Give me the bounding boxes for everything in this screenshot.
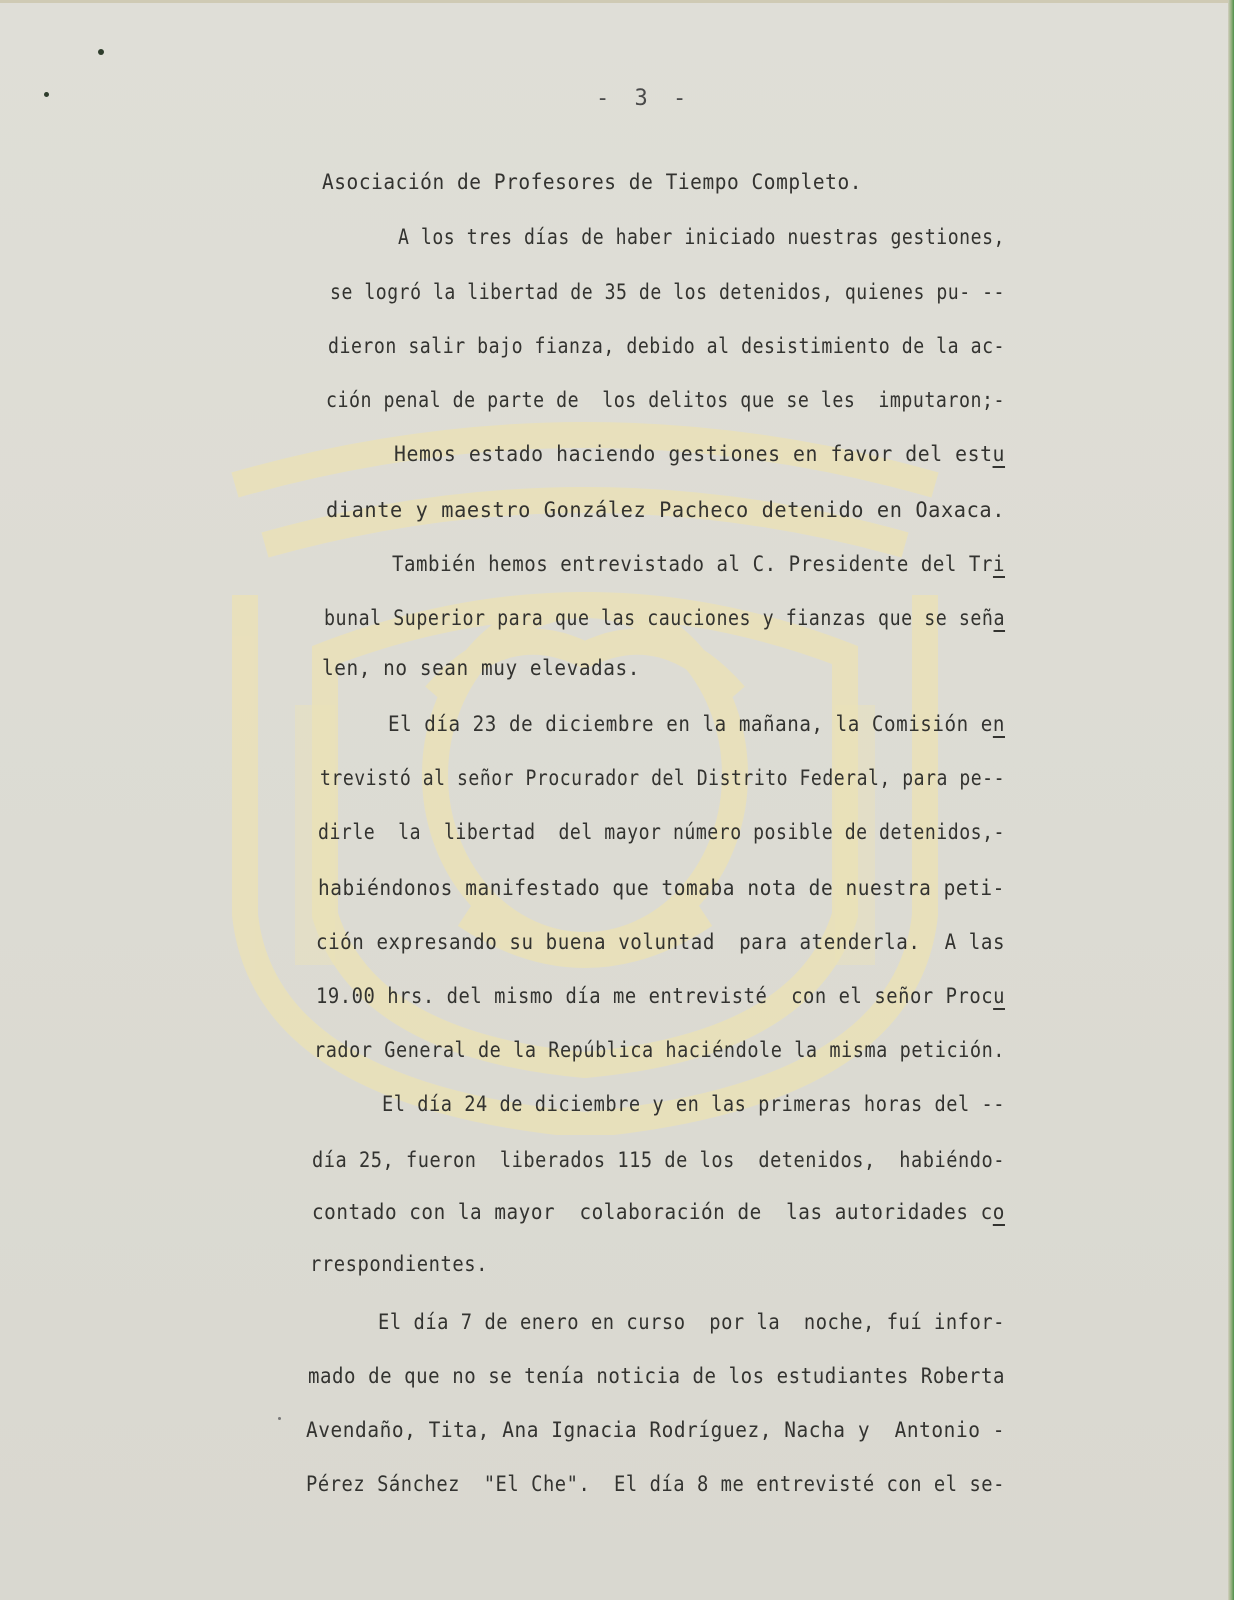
text-line: se logró la libertad de 35 de los deteni…: [330, 280, 1005, 304]
text-line: habiéndonos manifestado que tomaba nota …: [318, 876, 1005, 900]
page-number: - 3 -: [596, 86, 692, 111]
text-line: dirle la libertad del mayor número posib…: [318, 820, 1005, 844]
text-line: bunal Superior para que las cauciones y …: [324, 606, 1005, 630]
scan-edge-top: [0, 0, 1234, 3]
scan-edge-right: [1228, 0, 1234, 1600]
text-line: Avendaño, Tita, Ana Ignacia Rodríguez, N…: [306, 1418, 1005, 1442]
text-line: dieron salir bajo fianza, debido al desi…: [328, 334, 1005, 358]
text-line: rador General de la República haciéndole…: [314, 1038, 1005, 1062]
text-line: A los tres días de haber iniciado nuestr…: [398, 225, 1005, 249]
scan-speck: [44, 92, 49, 97]
text-line: diante y maestro González Pacheco deteni…: [326, 498, 1005, 522]
text-line: También hemos entrevistado al C. Preside…: [392, 552, 1005, 576]
text-line: Hemos estado haciendo gestiones en favor…: [394, 442, 1005, 466]
text-line: trevistó al señor Procurador del Distrit…: [320, 766, 1005, 790]
scan-speck: [98, 49, 104, 55]
text-line: ción penal de parte de los delitos que s…: [326, 388, 1005, 412]
text-line: El día 23 de diciembre en la mañana, la …: [388, 712, 1005, 736]
scan-speck: [278, 1417, 281, 1420]
text-line: El día 7 de enero en curso por la noche,…: [378, 1310, 1005, 1334]
text-line: Asociación de Profesores de Tiempo Compl…: [322, 170, 862, 194]
text-line: rrespondientes.: [310, 1252, 488, 1276]
text-line: len, no sean muy elevadas.: [322, 656, 640, 680]
text-line: 19.00 hrs. del mismo día me entrevisté c…: [316, 984, 1005, 1008]
text-line: contado con la mayor colaboración de las…: [312, 1200, 1005, 1224]
text-line: día 25, fueron liberados 115 de los dete…: [312, 1148, 1005, 1172]
text-line: mado de que no se tenía noticia de los e…: [308, 1364, 1005, 1388]
text-line: El día 24 de diciembre y en las primeras…: [382, 1092, 1005, 1116]
text-line: ción expresando su buena voluntad para a…: [316, 930, 1005, 954]
text-line: Pérez Sánchez "El Che". El día 8 me entr…: [306, 1472, 1005, 1496]
